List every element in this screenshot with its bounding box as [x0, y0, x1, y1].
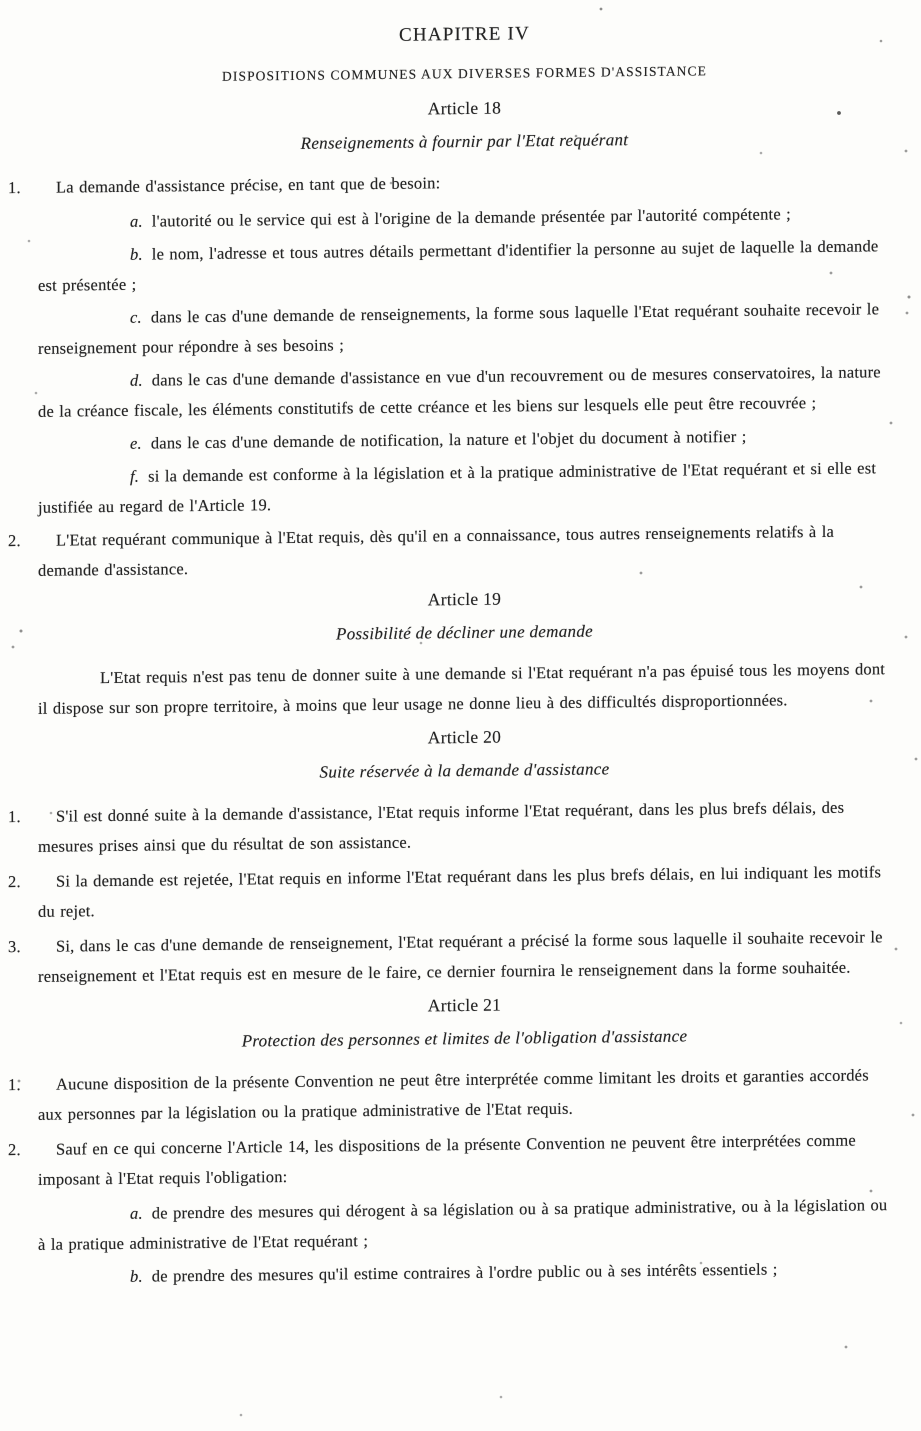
item-letter: a. [130, 212, 152, 231]
article-18-title: Article 18 [38, 93, 891, 124]
paragraph-number: 2. [8, 526, 56, 557]
chapter-subheading: DISPOSITIONS COMMUNES AUX DIVERSES FORME… [38, 61, 891, 87]
item-text: de prendre des mesures qui dérogent à sa… [38, 1195, 887, 1254]
item-text: de prendre des mesures qu'il estime cont… [152, 1259, 778, 1285]
paragraph-text: Sauf en ce qui concerne l'Article 14, le… [38, 1131, 856, 1189]
article-20-paragraph-3: 3.Si, dans le cas d'une demande de rense… [38, 922, 891, 992]
item-letter: e. [130, 434, 151, 453]
paragraph-number: 3. [8, 932, 56, 963]
page-content: CHAPITRE IV DISPOSITIONS COMMUNES AUX DI… [38, 19, 891, 1296]
paragraph-number: 1. [8, 1070, 56, 1101]
paragraph-number: 2. [8, 867, 56, 898]
article-20-paragraph-2: 2.Si la demande est rejetée, l'Etat requ… [38, 857, 891, 927]
item-text: le nom, l'adresse et tous autres détails… [38, 236, 878, 295]
item-text: dans le cas d'une demande de notificatio… [151, 427, 747, 453]
paragraph-number: 1. [8, 173, 56, 204]
article-18-item-c: c.dans le cas d'une demande de renseigne… [38, 294, 891, 364]
paragraph-number: 2. [8, 1135, 56, 1166]
article-20-subtitle: Suite réservée à la demande d'assistance [38, 756, 891, 786]
item-letter: d. [130, 371, 152, 390]
article-20-paragraph-1: 1.S'il est donné suite à la demande d'as… [38, 792, 891, 862]
article-18-item-b: b.le nom, l'adresse et tous autres détai… [38, 231, 891, 301]
scanned-document-page: CHAPITRE IV DISPOSITIONS COMMUNES AUX DI… [0, 0, 921, 1431]
paragraph-text: La demande d'assistance précise, en tant… [56, 173, 440, 196]
article-21-paragraph-2: 2.Sauf en ce qui concerne l'Article 14, … [38, 1125, 891, 1195]
paragraph-text: Si, dans le cas d'une demande de renseig… [38, 927, 883, 986]
article-21-title: Article 21 [38, 990, 891, 1021]
article-18-paragraph-2: 2.L'Etat requérant communique à l'Etat r… [38, 516, 891, 586]
article-21-item-b: b.de prendre des mesures qu'il estime co… [38, 1253, 891, 1293]
paragraph-text: Aucune disposition de la présente Conven… [38, 1065, 869, 1123]
article-21-item-a: a.de prendre des mesures qui dérogent à … [38, 1190, 891, 1260]
item-letter: b. [130, 1267, 152, 1286]
paragraph-text: Si la demande est rejetée, l'Etat requis… [38, 862, 881, 921]
paragraph-text: L'Etat requérant communique à l'Etat req… [38, 522, 834, 580]
paragraph-text: S'il est donné suite à la demande d'assi… [38, 798, 844, 856]
article-18-paragraph-1: 1.La demande d'assistance précise, en ta… [38, 163, 891, 203]
article-19-title: Article 19 [38, 584, 891, 615]
article-18-item-f: f.si la demande est conforme à la législ… [38, 453, 891, 523]
article-19-subtitle: Possibilité de décliner une demande [38, 618, 891, 648]
article-20-title: Article 20 [38, 722, 891, 753]
article-18-subtitle: Renseignements à fournir par l'Etat requ… [38, 127, 891, 157]
item-letter: f. [130, 467, 148, 486]
item-text: dans le cas d'une demande d'assistance e… [38, 362, 881, 421]
item-text: l'autorité ou le service qui est à l'ori… [152, 204, 791, 230]
paragraph-text: L'Etat requis n'est pas tenu de donner s… [38, 659, 885, 718]
chapter-heading: CHAPITRE IV [38, 19, 891, 51]
article-21-subtitle: Protection des personnes et limites de l… [38, 1024, 891, 1054]
scan-noise-specks [0, 0, 2, 2]
item-letter: c. [130, 308, 151, 327]
article-18-item-d: d.dans le cas d'une demande d'assistance… [38, 357, 891, 427]
article-19-body: L'Etat requis n'est pas tenu de donner s… [38, 654, 891, 724]
item-text: dans le cas d'une demande de renseigneme… [38, 299, 879, 358]
item-letter: b. [130, 245, 152, 264]
item-text: si la demande est conforme à la législat… [38, 458, 876, 517]
article-21-paragraph-1: 1.Aucune disposition de la présente Conv… [38, 1060, 891, 1130]
item-letter: a. [130, 1204, 152, 1223]
paragraph-number: 1. [8, 802, 56, 833]
